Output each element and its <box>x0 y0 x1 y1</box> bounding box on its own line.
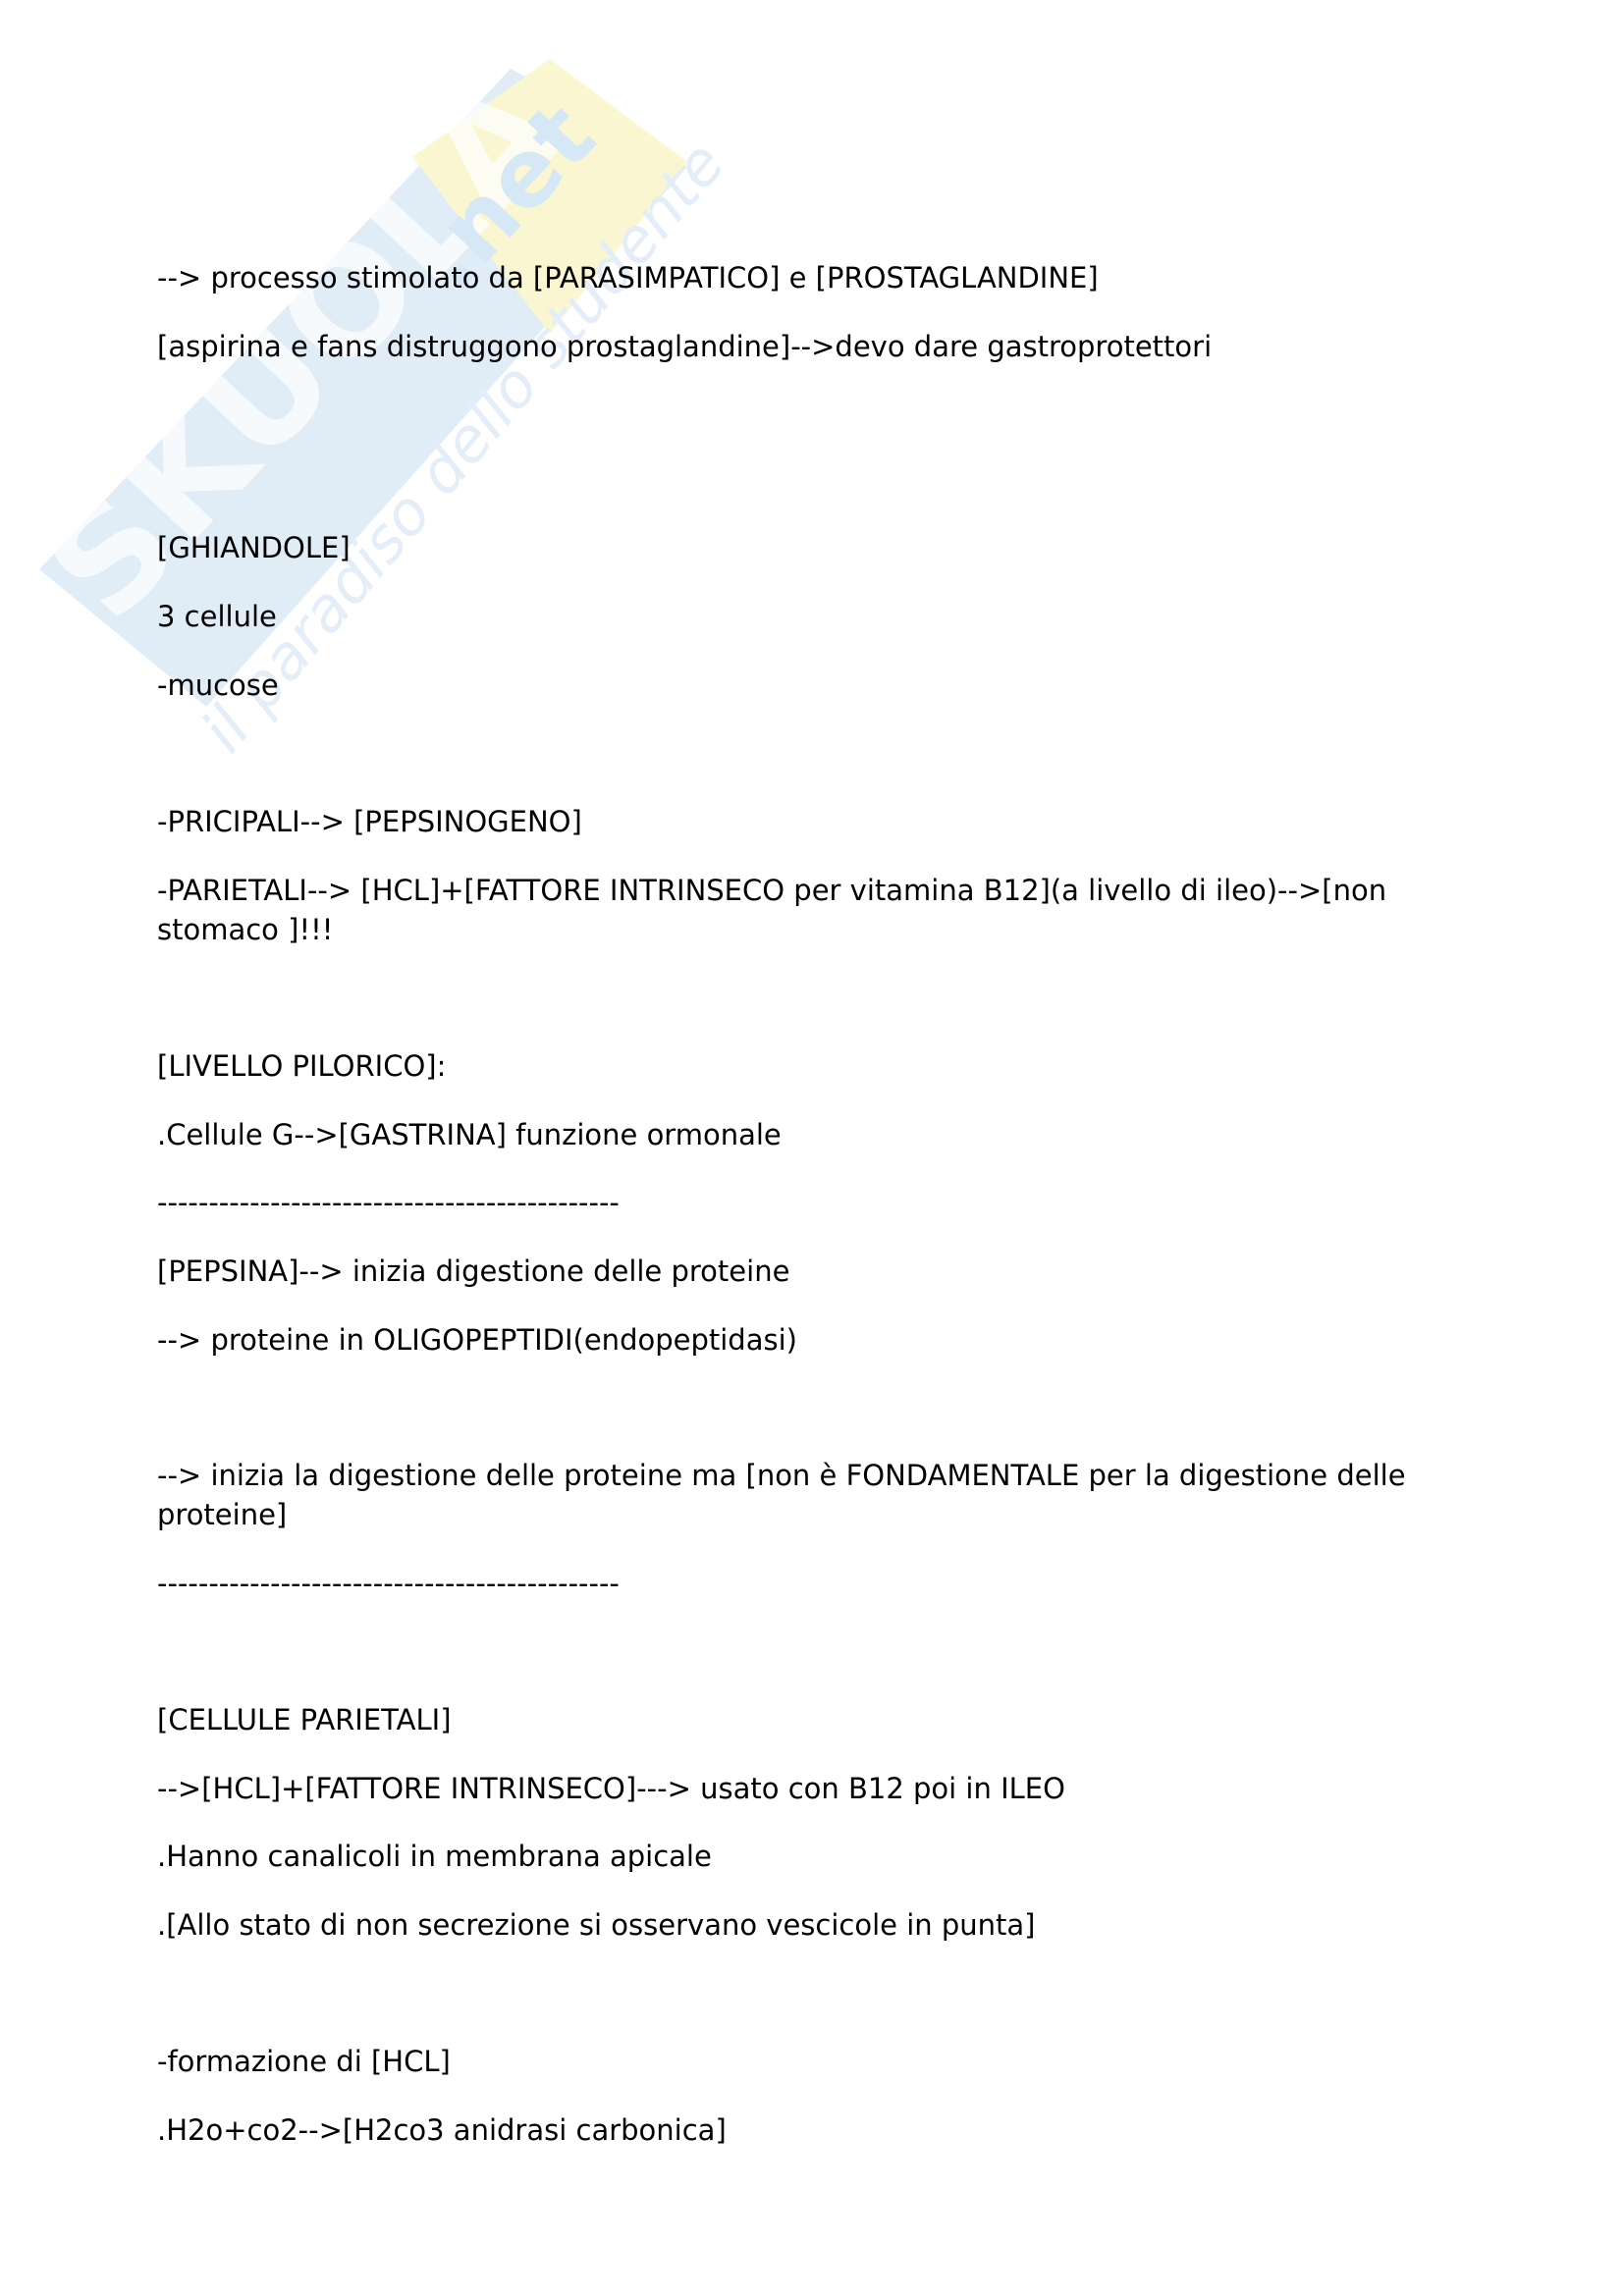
document-page: --> processo stimolato da [PARASIMPATICO… <box>0 0 1623 2296</box>
list-item-principali: -PRICIPALI--> [PEPSINOGENO] <box>157 802 1473 841</box>
list-item-parietali: -PARIETALI--> [HCL]+[FATTORE INTRINSECO … <box>157 871 1473 949</box>
text-line-hcl-fattore: -->[HCL]+[FATTORE INTRINSECO]---> usato … <box>157 1769 1473 1808</box>
heading-livello-pilorico: [LIVELLO PILORICO]: <box>157 1046 1473 1086</box>
text-line-non-fondamentale: --> inizia la digestione delle proteine … <box>157 1456 1473 1534</box>
text-line-h2co3: .H2o+co2-->[H2co3 anidrasi carbonica] <box>157 2110 1473 2150</box>
separator-line-1: ----------------------------------------… <box>157 1183 1473 1222</box>
text-line-cellule-g: .Cellule G-->[GASTRINA] funzione ormonal… <box>157 1115 1473 1154</box>
text-line-aspirina: [aspirina e fans distruggono prostagland… <box>157 327 1473 366</box>
text-line-3-cellule: 3 cellule <box>157 597 1473 636</box>
text-line-oligopeptidi: --> proteine in OLIGOPEPTIDI(endopeptida… <box>157 1320 1473 1360</box>
list-item-formazione-hcl: -formazione di [HCL] <box>157 2042 1473 2081</box>
heading-ghiandole: [GHIANDOLE] <box>157 528 1473 567</box>
heading-cellule-parietali: [CELLULE PARIETALI] <box>157 1700 1473 1739</box>
separator-line-2: ----------------------------------------… <box>157 1564 1473 1603</box>
list-item-mucose: -mucose <box>157 666 1473 705</box>
text-line-pepsina: [PEPSINA]--> inizia digestione delle pro… <box>157 1252 1473 1291</box>
text-line-canalicoli: .Hanno canalicoli in membrana apicale <box>157 1837 1473 1876</box>
text-line-parasimpatico: --> processo stimolato da [PARASIMPATICO… <box>157 258 1473 297</box>
text-line-vescicole: .[Allo stato di non secrezione si osserv… <box>157 1905 1473 1945</box>
